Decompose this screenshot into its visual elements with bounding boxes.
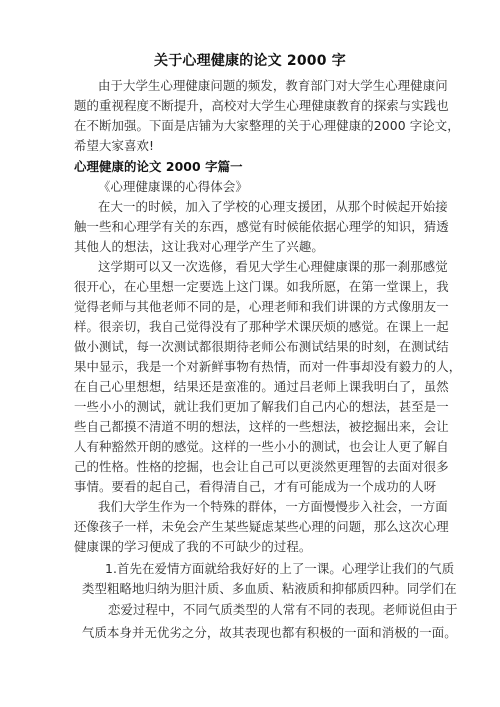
paragraph-line: 己的性格。性格的挖掘，也会让自己可以更淡然更理智的去面对很多 bbox=[74, 458, 449, 476]
paragraph-line: 一些小小的测试，就让我们更加了解我们自己内心的想法，甚至是一 bbox=[74, 398, 449, 416]
document-page: 关于心理健康的论文 2000 字 由于大学生心理健康问题的频发，教育部门对大学生… bbox=[0, 0, 500, 707]
intro-line: 由于大学生心理健康问题的频发，教育部门对大学生心理健康问 bbox=[98, 77, 448, 95]
paragraph-line: 觉得老师与其他老师不同的是，心理老师和我们讲课的方式像朋友一 bbox=[74, 298, 449, 316]
intro-line: 在不断加强。下面是店铺为大家整理的关于心理健康的2000 字论文， bbox=[74, 117, 460, 135]
paragraph-line: 果中显示，我是一个对新鲜事物有热情，而对一件事却没有毅力的人， bbox=[74, 358, 461, 376]
paragraph-line: 些自己都摸不清道不明的想法，这样的一些想法，被挖掘出来，会让 bbox=[74, 418, 449, 436]
paragraph-line: 样。很亲切，我自己觉得没有了那种学术课厌烦的感觉。在课上一起 bbox=[74, 318, 449, 336]
paragraph-line: 气质本身并无优劣之分，故其表现也都有积极的一面和消极的一面。 bbox=[82, 624, 457, 642]
paragraph-line: 在自己心里想想，结果还是蛮准的。通过吕老师上课我明白了，虽然 bbox=[74, 378, 449, 396]
paragraph-line: 做小测试，每一次测试都很期待老师公布测试结果的时刻，在测试结 bbox=[74, 338, 449, 356]
paragraph-line: 其他人的想法，这让我对心理学产生了兴趣。 bbox=[74, 238, 324, 256]
section-heading: 心理健康的论文 2000 字篇一 bbox=[74, 158, 243, 176]
paragraph-line: 我们大学生作为一个特殊的群体，一方面慢慢步入社会，一方面 bbox=[98, 498, 448, 516]
paragraph-line: 还像孩子一样，未免会产生某些疑虑某些心理的问题，那么这次心理 bbox=[74, 518, 449, 536]
essay-title: 《心理健康课的心得体会》 bbox=[98, 178, 248, 196]
intro-line: 希望大家喜欢! bbox=[74, 137, 154, 155]
document-title: 关于心理健康的论文 2000 字 bbox=[0, 50, 500, 70]
paragraph-line: 在大一的时候，加入了学校的心理支援团，从那个时候起开始接 bbox=[98, 198, 448, 216]
paragraph-line: 人有种豁然开朗的感觉。这样的一些小小的测试，也会让人更了解自 bbox=[74, 438, 449, 456]
paragraph-line: 这学期可以又一次选修，看见大学生心理健康课的那一刹那感觉 bbox=[98, 258, 448, 276]
paragraph-line: 1.首先在爱情方面就给我好好的上了一课。心理学让我们的气质 bbox=[105, 560, 454, 578]
paragraph-line: 类型粗略地归纳为胆汁质、多血质、粘液质和抑郁质四种。同学们在 bbox=[82, 580, 457, 598]
paragraph-line: 事情。要看的起自己，看得清自己，才有可能成为一个成功的人呀 bbox=[74, 478, 436, 496]
paragraph-line: 恋爱过程中，不同气质类型的人常有不同的表现。老师说但由于 bbox=[108, 601, 458, 619]
paragraph-line: 触一些和心理学有关的东西，感觉有时候能依据心理学的知识，猜透 bbox=[74, 218, 449, 236]
paragraph-line: 很开心，在心里想一定要选上这门课。如我所愿，在第一堂课上，我 bbox=[74, 278, 449, 296]
intro-line: 题的重视程度不断提升，高校对大学生心理健康教育的探索与实践也 bbox=[74, 97, 449, 115]
paragraph-line: 健康课的学习便成了我的不可缺少的过程。 bbox=[74, 538, 311, 556]
